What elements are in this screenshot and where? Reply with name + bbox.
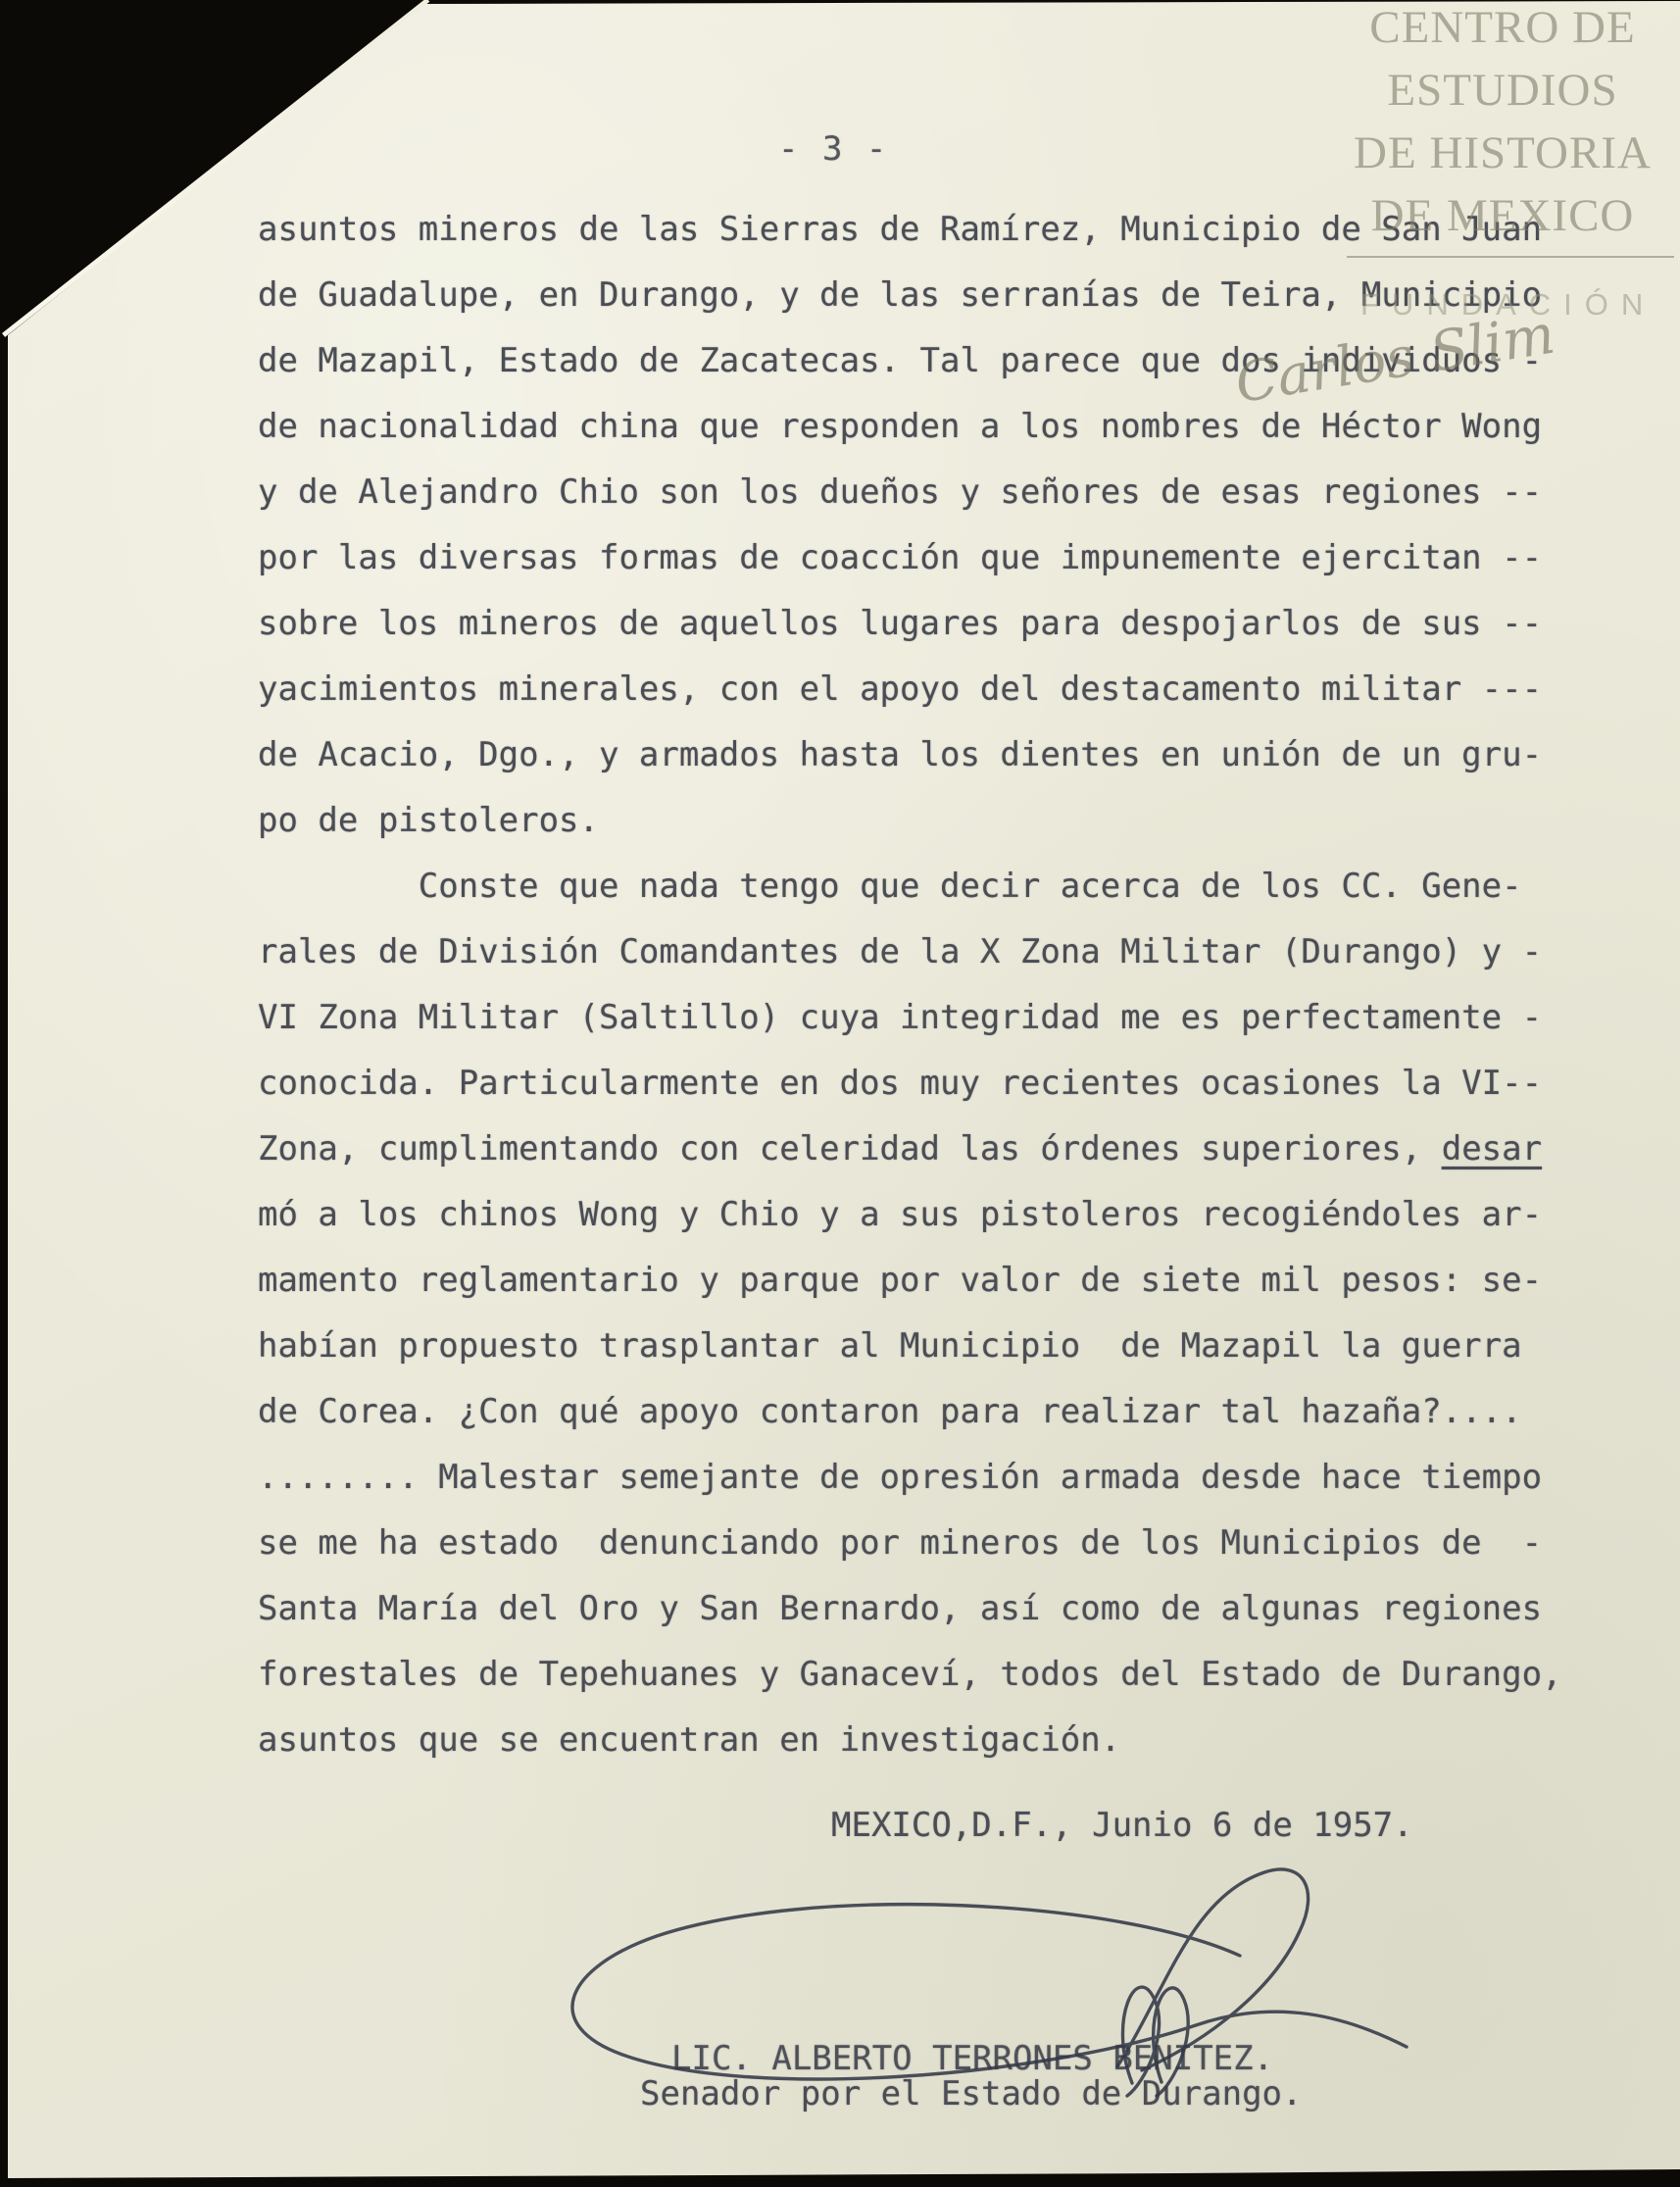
typed-line: Conste que nada tengo que decir acerca d… <box>258 864 1562 929</box>
typed-line: sobre los mineros de aquellos lugares pa… <box>258 601 1562 667</box>
typed-line: mó a los chinos Wong y Chio y a sus pist… <box>258 1192 1562 1258</box>
typed-line: VI Zona Militar (Saltillo) cuya integrid… <box>258 995 1562 1061</box>
typed-line: po de pistoleros. <box>258 798 1562 864</box>
typed-line: de nacionalidad china que responden a lo… <box>258 404 1562 470</box>
typed-line: mamento reglamentario y parque por valor… <box>258 1258 1562 1323</box>
typed-line: por las diversas formas de coacción que … <box>258 535 1562 601</box>
typed-line: forestales de Tepehuanes y Ganaceví, tod… <box>258 1652 1562 1717</box>
watermark-line: ESTUDIOS <box>1325 59 1680 122</box>
watermark-archive-name: CENTRO DE ESTUDIOS DE HISTORIA DE MEXICO <box>1325 0 1680 247</box>
watermark-line: DE MEXICO <box>1325 184 1680 247</box>
typed-line: se me ha estado denunciando por mineros … <box>258 1520 1562 1586</box>
typed-line: habían propuesto trasplantar al Municipi… <box>258 1323 1562 1389</box>
typed-line: de Corea. ¿Con qué apoyo contaron para r… <box>258 1389 1562 1455</box>
signature-ellipse-stroke <box>572 1905 1407 2079</box>
date-line: MEXICO,D.F., Junio 6 de 1957. <box>831 1806 1413 1845</box>
typed-body: asuntos mineros de las Sierras de Ramíre… <box>258 207 1562 1783</box>
scanned-document-page: { "page": { "number_label": "- 3 -" }, "… <box>0 0 1680 2187</box>
watermark-line: DE HISTORIA <box>1325 122 1680 184</box>
watermark-line: CENTRO DE <box>1325 0 1680 59</box>
typed-line: conocida. Particularmente en dos muy rec… <box>258 1061 1562 1126</box>
typed-line: yacimientos minerales, con el apoyo del … <box>258 667 1562 732</box>
page-number: - 3 - <box>778 129 888 169</box>
typed-line: y de Alejandro Chio son los dueños y señ… <box>258 470 1562 535</box>
typed-line: de Acacio, Dgo., y armados hasta los die… <box>258 732 1562 798</box>
typed-line: asuntos que se encuentran en investigaci… <box>258 1717 1562 1783</box>
typed-line: rales de División Comandantes de la X Zo… <box>258 929 1562 995</box>
watermark-divider-rule <box>1347 256 1674 258</box>
pen-signature-flourish <box>490 1843 1451 2137</box>
typed-line: Zona, cumplimentando con celeridad las ó… <box>258 1126 1562 1192</box>
typed-line: Santa María del Oro y San Bernardo, así … <box>258 1586 1562 1652</box>
typed-line: ........ Malestar semejante de opresión … <box>258 1455 1562 1520</box>
